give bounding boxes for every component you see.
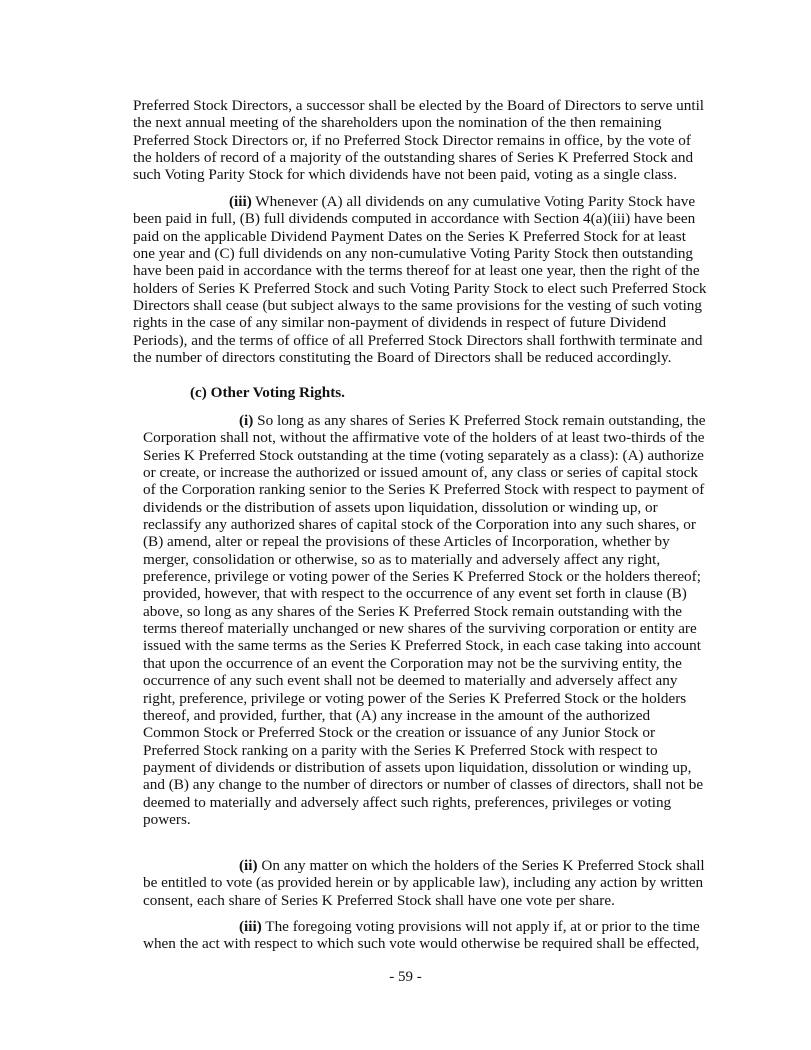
paragraph-b-iii: (iii) Whenever (A) all dividends on any …	[133, 193, 706, 366]
text-line: payment of dividends or distribution of …	[143, 759, 706, 776]
text-fragment: So long as any shares of Series K Prefer…	[253, 412, 705, 429]
text-line: rights in the case of any similar non-pa…	[133, 314, 706, 331]
text-line: Series K Preferred Stock outstanding at …	[143, 447, 706, 464]
paragraph-number: (iii)	[229, 193, 252, 210]
text-line: Preferred Stock Directors, a successor s…	[133, 97, 704, 114]
text-line-first: (ii) On any matter on which the holders …	[143, 857, 705, 874]
text-line: Periods), and the terms of office of all…	[133, 332, 706, 349]
text-line: one year and (C) full dividends on any n…	[133, 245, 706, 262]
text-line: thereof, and provided, further, that (A)…	[143, 707, 706, 724]
text-line: occurrence of any such event shall not b…	[143, 672, 706, 689]
text-line: when the act with respect to which such …	[143, 935, 700, 952]
text-line: or create, or increase the authorized or…	[143, 464, 706, 481]
text-line: dividends or the distribution of assets …	[143, 499, 706, 516]
text-line: terms thereof materially unchanged or ne…	[143, 620, 706, 637]
text-line: consent, each share of Series K Preferre…	[143, 892, 705, 909]
text-line: the next annual meeting of the sharehold…	[133, 114, 704, 131]
paragraph-number: (iii)	[239, 918, 262, 935]
text-line: have been paid in accordance with the te…	[133, 262, 706, 279]
text-line: provided, however, that with respect to …	[143, 585, 706, 602]
paragraph-continuation: Preferred Stock Directors, a successor s…	[133, 97, 704, 184]
text-line: such Voting Parity Stock for which divid…	[133, 166, 704, 183]
text-fragment: The foregoing voting provisions will not…	[262, 918, 700, 935]
document-page: Preferred Stock Directors, a successor s…	[0, 0, 811, 1050]
text-line: be entitled to vote (as provided herein …	[143, 874, 705, 891]
text-fragment: Whenever (A) all dividends on any cumula…	[252, 193, 695, 210]
text-line: holders of Series K Preferred Stock and …	[133, 280, 706, 297]
text-line-first: (i) So long as any shares of Series K Pr…	[143, 412, 706, 429]
text-line: (B) amend, alter or repeal the provision…	[143, 533, 706, 550]
page-number: - 59 -	[0, 968, 811, 986]
text-line: Common Stock or Preferred Stock or the c…	[143, 724, 706, 741]
text-line: Corporation shall not, without the affir…	[143, 429, 706, 446]
text-line-first: (iii) Whenever (A) all dividends on any …	[133, 193, 706, 210]
text-line-first: (iii) The foregoing voting provisions wi…	[143, 918, 700, 935]
text-line: and (B) any change to the number of dire…	[143, 776, 706, 793]
text-line: issued with the same terms as the Series…	[143, 637, 706, 654]
text-line: right, preference, privilege or voting p…	[143, 690, 706, 707]
heading-text: (c) Other Voting Rights.	[190, 384, 345, 401]
text-line: deemed to materially and adversely affec…	[143, 794, 706, 811]
text-line: reclassify any authorized shares of capi…	[143, 516, 706, 533]
paragraph-number: (ii)	[239, 857, 258, 874]
text-line: preference, privilege or voting power of…	[143, 568, 706, 585]
text-line: that upon the occurrence of an event the…	[143, 655, 706, 672]
text-line: above, so long as any shares of the Seri…	[143, 603, 706, 620]
text-line: Directors shall cease (but subject alway…	[133, 297, 706, 314]
section-heading-other-voting-rights: (c) Other Voting Rights.	[190, 384, 345, 401]
text-line: powers.	[143, 811, 706, 828]
text-line: the holders of record of a majority of t…	[133, 149, 704, 166]
text-line: Preferred Stock ranking on a parity with…	[143, 742, 706, 759]
paragraph-number: (i)	[239, 412, 253, 429]
text-line: Preferred Stock Directors or, if no Pref…	[133, 132, 704, 149]
text-fragment: On any matter on which the holders of th…	[258, 857, 705, 874]
text-line: paid on the applicable Dividend Payment …	[133, 228, 706, 245]
paragraph-c-ii: (ii) On any matter on which the holders …	[143, 857, 705, 909]
text-line: the number of directors constituting the…	[133, 349, 706, 366]
paragraph-c-iii: (iii) The foregoing voting provisions wi…	[143, 918, 700, 953]
text-line: merger, consolidation or otherwise, so a…	[143, 551, 706, 568]
text-line: of the Corporation ranking senior to the…	[143, 481, 706, 498]
text-line: been paid in full, (B) full dividends co…	[133, 210, 706, 227]
paragraph-c-i: (i) So long as any shares of Series K Pr…	[143, 412, 706, 828]
